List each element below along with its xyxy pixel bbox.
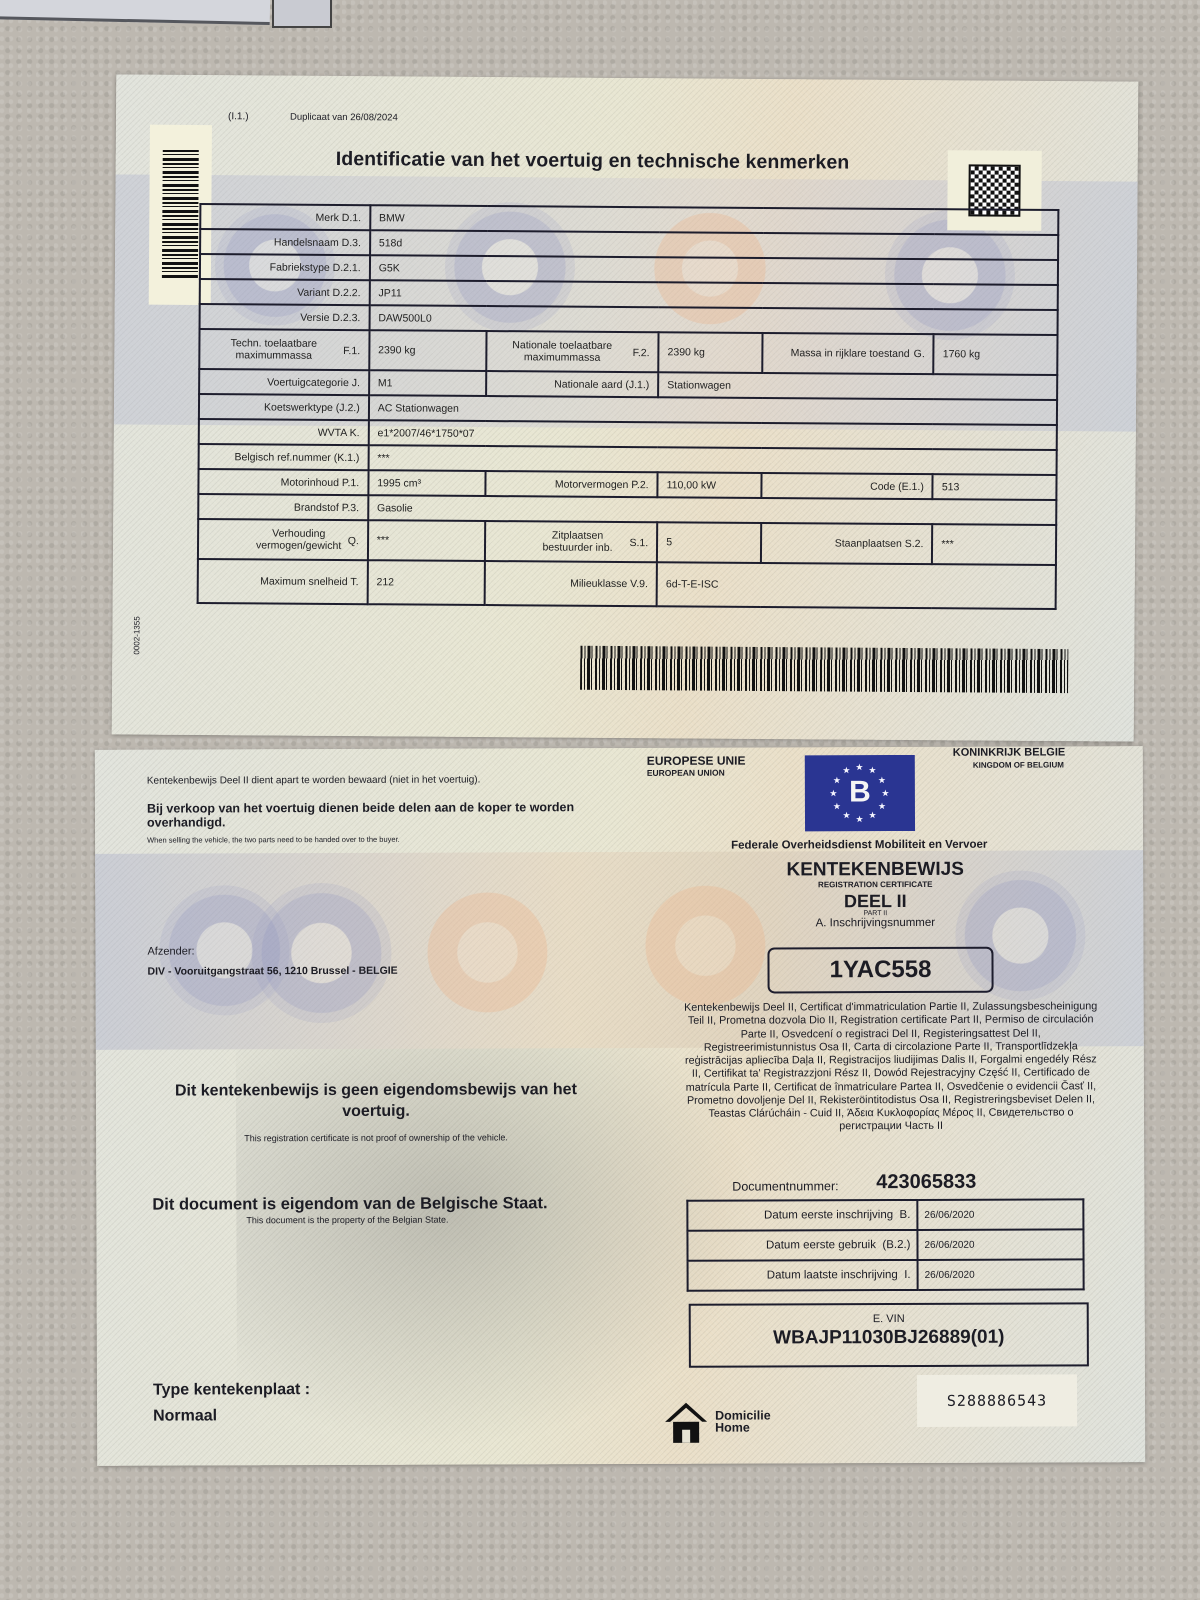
sale-note-en: When selling the vehicle, the two parts … xyxy=(147,835,400,845)
house-icon xyxy=(663,1400,709,1444)
vin-label: E. VIN xyxy=(691,1312,1087,1325)
field-label: Maximum snelheid T. xyxy=(198,559,368,604)
field-value: 212 xyxy=(367,560,485,605)
field-value: *** xyxy=(932,524,1056,565)
star-icon: ★ xyxy=(868,811,876,820)
eu-label: EUROPESE UNIE xyxy=(647,754,746,768)
star-icon: ★ xyxy=(833,776,841,785)
state-property-note-en: This document is the property of the Bel… xyxy=(152,1214,542,1225)
star-icon: ★ xyxy=(878,802,886,811)
plate-type-value: Normaal xyxy=(153,1407,217,1425)
date-label: Datum laatste inschrijving I. xyxy=(688,1260,918,1291)
kingdom-label: KONINKRIJK BELGIE xyxy=(953,746,1066,758)
field-label: Code (E.1.) xyxy=(761,473,933,499)
field-label: Voertuigcategorie J. xyxy=(199,369,369,395)
registration-number: 1YAC558 xyxy=(767,947,993,994)
field-label: Handelsnaam D.3. xyxy=(200,229,370,255)
vin-box: E. VIN WBAJP11030BJ26889(01) xyxy=(689,1302,1089,1367)
sender-label: Afzender: xyxy=(147,945,194,957)
star-icon: ★ xyxy=(868,766,876,775)
registration-part-2: Kentekenbewijs Deel II dient apart te wo… xyxy=(95,746,1145,1466)
field-label: Nationale toelaatbare maximummassaF.2. xyxy=(487,331,659,372)
home-label-en: Home xyxy=(715,1421,771,1434)
date-value: 26/06/2020 xyxy=(918,1259,1084,1290)
keep-separate-note: Kentekenbewijs Deel II dient apart te wo… xyxy=(147,774,481,786)
sender-address: DIV - Vooruitgangstraat 56, 1210 Brussel… xyxy=(148,965,398,978)
background-paper xyxy=(272,0,332,28)
date-value: 26/06/2020 xyxy=(917,1229,1083,1260)
registration-part-1: (I.1.) Duplicaat van 26/08/2024 Identifi… xyxy=(112,74,1139,741)
background-paper xyxy=(0,0,270,25)
eu-label-en: EUROPEAN UNION xyxy=(647,768,725,778)
star-icon: ★ xyxy=(855,763,863,772)
ownership-disclaimer-en: This registration certificate is not pro… xyxy=(156,1132,596,1144)
star-icon: ★ xyxy=(855,815,863,824)
star-icon: ★ xyxy=(833,802,841,811)
vin-value: WBAJP11030BJ26889(01) xyxy=(691,1326,1087,1349)
watermark-wheel xyxy=(251,883,391,1023)
field-label: WVTA K. xyxy=(199,419,369,445)
field-label: Koetswerktype (J.2.) xyxy=(199,394,369,420)
field-label: Merk D.1. xyxy=(200,204,370,230)
table-row: Datum eerste gebruik (B.2.) 26/06/2020 xyxy=(687,1229,1083,1260)
kingdom-label-en: KINGDOM OF BELGIUM xyxy=(973,760,1064,769)
field-value: M1 xyxy=(369,370,487,396)
date-label: Datum eerste gebruik (B.2.) xyxy=(687,1230,917,1261)
certificate-heading: KENTEKENBEWIJS REGISTRATION CERTIFICATE … xyxy=(745,859,1005,930)
field-label: Staanplaatsen S.2. xyxy=(761,523,933,564)
field-label: Brandstof P.3. xyxy=(198,494,368,520)
sale-note: Bij verkoop van het voertuig dienen beid… xyxy=(147,800,587,830)
side-code: 0002-1355 xyxy=(132,616,141,654)
field-label: Verhouding vermogen/gewichtQ. xyxy=(198,519,368,560)
home-badge: Domicilie Home xyxy=(663,1399,771,1443)
issuing-authority: Federale Overheidsdienst Mobiliteit en V… xyxy=(731,839,987,852)
plate-type-label: Type kentekenplaat : xyxy=(153,1381,310,1400)
multilingual-title: Kentekenbewijs Deel II, Certificat d'imm… xyxy=(684,1000,1098,1134)
field-value: 2390 kg xyxy=(369,330,487,371)
eu-flag-icon: B ★★★★★★★★★★★★ xyxy=(805,755,915,831)
field-label: Fabriekstype D.2.1. xyxy=(200,254,370,280)
certificate-title-en: REGISTRATION CERTIFICATE xyxy=(745,880,1005,890)
horizontal-barcode xyxy=(580,646,1068,693)
field-value: 110,00 kW xyxy=(658,472,762,498)
duplicate-date: Duplicaat van 26/08/2024 xyxy=(290,112,398,124)
field-label: Massa in rijklare toestandG. xyxy=(762,333,934,374)
field-label: Nationale aard (J.1.) xyxy=(486,371,658,397)
serial-number: S288886543 xyxy=(947,1392,1047,1410)
field-value: 6d-T-E-ISC xyxy=(657,562,1056,609)
star-icon: ★ xyxy=(829,789,837,798)
field-value: 513 xyxy=(933,474,1057,500)
field-label: Belgisch ref.nummer (K.1.) xyxy=(199,444,369,470)
table-row: Datum eerste inschrijving B. 26/06/2020 xyxy=(687,1199,1083,1230)
field-value: *** xyxy=(368,520,486,561)
field-label: Versie D.2.3. xyxy=(200,304,370,330)
field-label: Motorinhoud P.1. xyxy=(198,469,368,495)
field-label: Motorvermogen P.2. xyxy=(486,471,658,497)
document-number: 423065833 xyxy=(876,1171,976,1194)
field-value: 1995 cm³ xyxy=(368,470,486,496)
table-row: Verhouding vermogen/gewichtQ. *** Zitpla… xyxy=(198,519,1056,565)
certificate-title: KENTEKENBEWIJS xyxy=(745,859,1005,882)
watermark-wheel xyxy=(417,882,557,1022)
field-label: Zitplaatsen bestuurder inb.S.1. xyxy=(485,521,657,562)
serial-sticker: S288886543 xyxy=(917,1374,1077,1427)
document-title: Identificatie van het voertuig en techni… xyxy=(336,148,850,175)
ownership-disclaimer: Dit kentekenbewijs is geen eigendomsbewi… xyxy=(156,1080,596,1123)
field-label: Variant D.2.2. xyxy=(200,279,370,305)
table-row: Datum laatste inschrijving I. 26/06/2020 xyxy=(688,1259,1084,1290)
document-number-label: Documentnummer: xyxy=(732,1179,838,1193)
date-value: 26/06/2020 xyxy=(917,1199,1083,1230)
dates-table: Datum eerste inschrijving B. 26/06/2020 … xyxy=(686,1198,1084,1291)
field-value: 1760 kg xyxy=(934,334,1058,375)
barcode-icon xyxy=(162,150,199,280)
field-label: Milieuklasse V.9. xyxy=(485,561,657,606)
table-row: Maximum snelheid T. 212 Milieuklasse V.9… xyxy=(198,559,1056,609)
country-letter: B xyxy=(849,775,871,809)
field-value: 5 xyxy=(657,522,761,563)
star-icon: ★ xyxy=(881,789,889,798)
star-icon: ★ xyxy=(842,811,850,820)
table-row: Techn. toelaatbare maximummassaF.1. 2390… xyxy=(199,329,1057,375)
plate-label: A. Inschrijvingsnummer xyxy=(745,917,1005,930)
star-icon: ★ xyxy=(842,766,850,775)
state-property-note: Dit document is eigendom van de Belgisch… xyxy=(152,1194,547,1214)
technical-table: Merk D.1. BMW Handelsnaam D.3. 518d Fabr… xyxy=(197,203,1060,610)
date-label: Datum eerste inschrijving B. xyxy=(687,1200,917,1231)
field-value: Stationwagen xyxy=(658,372,1057,400)
field-label: Techn. toelaatbare maximummassaF.1. xyxy=(199,329,369,370)
form-code: (I.1.) xyxy=(228,111,249,122)
star-icon: ★ xyxy=(878,776,886,785)
field-value: 2390 kg xyxy=(658,332,762,373)
